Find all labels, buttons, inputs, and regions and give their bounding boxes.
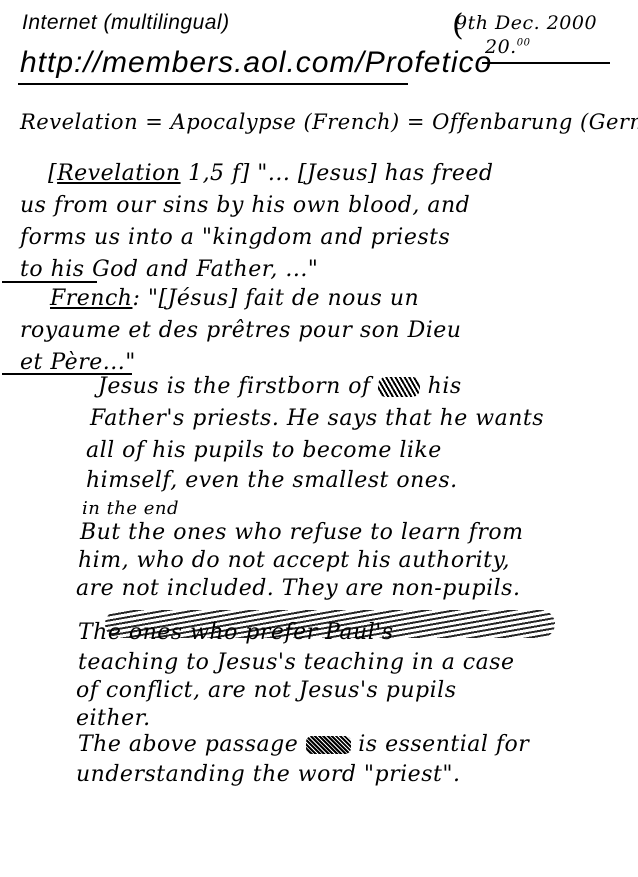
note-p4-text-2: is essential for [358, 732, 529, 757]
date: 9th Dec. 2000 [455, 14, 597, 33]
ref-suffix: 1,5 f] "... [Jesus] has freed [181, 161, 494, 186]
note-p1-line-2: Father's priests. He says that he wants [90, 408, 544, 430]
note-p2-line-1: But the ones who refuse to learn from [80, 522, 524, 544]
underline-separator [2, 281, 97, 283]
note-p3-line-2: teaching to Jesus's teaching in a case [78, 652, 515, 674]
time-value: 20. [485, 36, 517, 58]
french-quote-line-3: et Père..." [20, 352, 136, 374]
note-p4-text: The above passage [78, 732, 298, 757]
scribbled-out-word [378, 377, 420, 397]
french-quote-line-2: royaume et des prêtres pour son Dieu [20, 320, 461, 342]
url-underline [18, 83, 408, 85]
note-p1-line-1: Jesus is the firstborn of his [98, 376, 462, 398]
header-title: Internet (multilingual) [22, 12, 230, 33]
note-p4-line-1: The above passage is essential for [78, 734, 529, 756]
note-p3-line-1: The ones who prefer Paul's [78, 622, 394, 644]
time: 20.00 [485, 38, 530, 57]
note-p4-line-2: understanding the word "priest". [76, 764, 460, 786]
french-line-1-text: : "[Jésus] fait de nous un [132, 286, 419, 311]
french-quote-line-1: French: "[Jésus] fait de nous un [50, 288, 419, 310]
date-underline [482, 62, 610, 64]
handwritten-page: Internet (multilingual) http://members.a… [0, 0, 638, 877]
note-p1-text: Jesus is the firstborn of [98, 374, 371, 399]
revelation-reference: Revelation [57, 161, 180, 186]
note-p1-his: his [428, 374, 462, 399]
french-label: French [50, 286, 132, 311]
english-quote-line-2: us from our sins by his own blood, and [20, 195, 470, 217]
ref-prefix: [ [48, 161, 57, 186]
insertion-note: in the end [82, 500, 179, 518]
header-url: http://members.aol.com/Profetico [20, 48, 492, 78]
note-p2-line-3: are not included. They are non-pupils. [76, 578, 520, 600]
english-quote-line-3: forms us into a "kingdom and priests [20, 227, 450, 249]
time-superscript: 00 [517, 38, 531, 49]
note-p3-line-4: either. [76, 708, 151, 730]
scribbled-out-word [306, 736, 351, 754]
translation-line: Revelation = Apocalypse (French) = Offen… [20, 112, 638, 133]
note-p1-line-4: himself, even the smallest ones. [86, 470, 458, 492]
english-quote-line-1: [Revelation 1,5 f] "... [Jesus] has free… [48, 163, 493, 185]
note-p3-line-3: of conflict, are not Jesus's pupils [76, 680, 457, 702]
english-quote-line-4: to his God and Father, ..." [20, 259, 318, 281]
note-p2-line-2: him, who do not accept his authority, [78, 550, 510, 572]
note-p1-line-3: all of his pupils to become like [86, 440, 442, 462]
